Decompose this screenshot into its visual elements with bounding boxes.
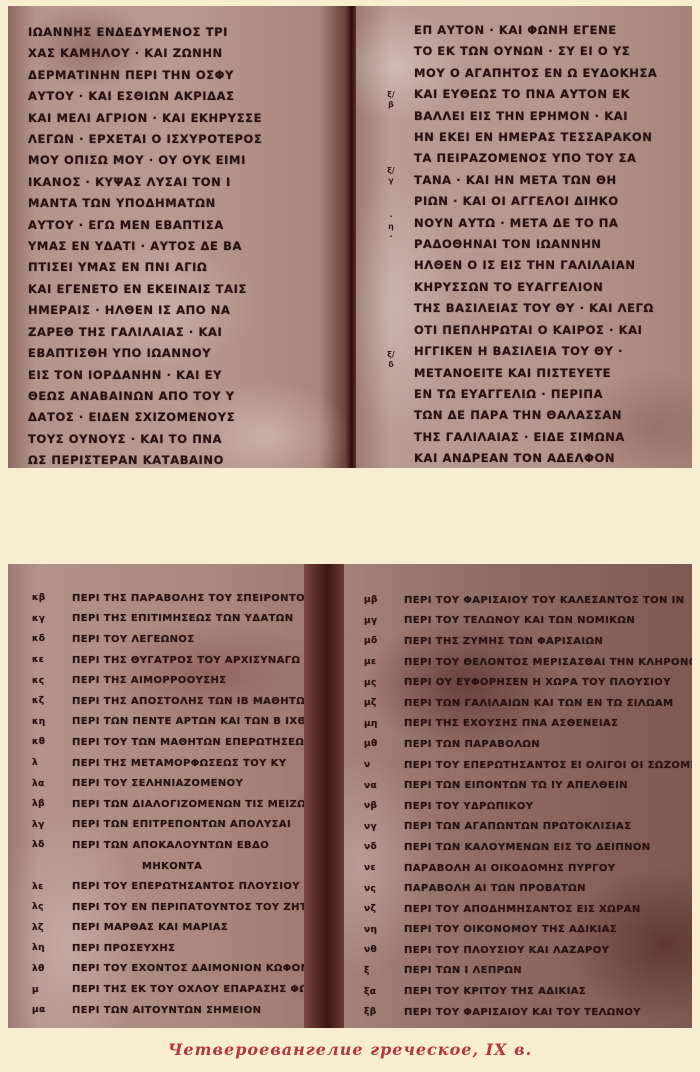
chapter-title: ΠΕΡΙ ΤΟΥ ΕΧΟΝΤΟΣ ΔΑΙΜΟΝΙΟΝ ΚΩΦΟΝ bbox=[72, 963, 304, 974]
margin-note: · η · bbox=[386, 212, 396, 242]
chapter-title: ΠΕΡΙ ΤΩΝ ΑΙΤΟΥΝΤΩΝ ΣΗΜΕΙΟΝ bbox=[72, 1005, 261, 1016]
manuscript-text-block: ΕΠ ΑΥΤΟΝ · ΚΑΙ ΦΩΝΗ ΕΓΕΝΕ ΤΟ ΕΚ ΤΩΝ ΟΥΝΩ… bbox=[414, 20, 657, 468]
chapter-entry: λζΠΕΡΙ ΜΑΡΘΑΣ ΚΑΙ ΜΑΡΙΑΣ bbox=[32, 918, 304, 939]
chapter-number: ξβ bbox=[364, 1007, 404, 1017]
chapter-title: ΠΕΡΙ ΤΟΥ ΕΠΕΡΩΤΗΣΑΝΤΟΣ ΠΛΟΥΣΙΟΥ bbox=[72, 881, 300, 892]
text-line: ΙΚΑΝΟΣ · ΚΥΨΑΣ ΛΥΣΑΙ ΤΟΝ Ι bbox=[28, 172, 262, 193]
chapter-title: ΠΕΡΙ ΜΑΡΘΑΣ ΚΑΙ ΜΑΡΙΑΣ bbox=[72, 922, 228, 933]
manuscript-page-right: μβΠΕΡΙ ΤΟΥ ΦΑΡΙΣΑΙΟΥ ΤΟΥ ΚΑΛΕΣΑΝΤΟΣ ΤΟΝ … bbox=[344, 564, 692, 1028]
chapter-entry: λςΠΕΡΙ ΤΟΥ ΕΝ ΠΕΡΙΠΑΤΟΥΝΤΟΣ ΤΟΥ ΖΗΤΕΙΝ bbox=[32, 897, 304, 918]
chapter-entry: ξαΠΕΡΙ ΤΟΥ ΚΡΙΤΟΥ ΤΗΣ ΑΔΙΚΙΑΣ bbox=[364, 981, 692, 1002]
manuscript-photo-bottom: κβΠΕΡΙ ΤΗΣ ΠΑΡΑΒΟΛΗΣ ΤΟΥ ΣΠΕΙΡΟΝΤΟΣ κγΠΕ… bbox=[8, 564, 692, 1028]
chapter-entry: νδΠΕΡΙ ΤΩΝ ΚΑΛΟΥΜΕΝΩΝ ΕΙΣ ΤΟ ΔΕΙΠΝΟΝ bbox=[364, 837, 692, 858]
chapter-entry: νζΠΕΡΙ ΤΟΥ ΑΠΟΔΗΜΗΣΑΝΤΟΣ ΕΙΣ ΧΩΡΑΝ bbox=[364, 899, 692, 920]
text-line: ΜΟΥ ΟΠΙΣΩ ΜΟΥ · ΟΥ ΟΥΚ ΕΙΜΙ bbox=[28, 150, 262, 171]
chapter-title: ΠΕΡΙ ΤΟΥ ΦΑΡΙΣΑΙΟΥ ΤΟΥ ΚΑΛΕΣΑΝΤΟΣ ΤΟΝ ΙΝ bbox=[404, 595, 685, 606]
chapter-number: νγ bbox=[364, 822, 404, 832]
text-line: ΘΕΩΣ ΑΝΑΒΑΙΝΩΝ ΑΠΟ ΤΟΥ Υ bbox=[28, 386, 262, 407]
chapter-title: ΠΕΡΙ ΤΗΣ ΕΚ ΤΟΥ ΟΧΛΟΥ ΕΠΑΡΑΣΗΣ ΦΩΝΗΝ bbox=[72, 984, 304, 995]
text-line: ΕΠ ΑΥΤΟΝ · ΚΑΙ ΦΩΝΗ ΕΓΕΝΕ bbox=[414, 20, 657, 41]
text-line: ΛΕΓΩΝ · ΕΡΧΕΤΑΙ Ο ΙΣΧΥΡΟΤΕΡΟΣ bbox=[28, 129, 262, 150]
text-line: ΕΙΣ ΤΟΝ ΙΟΡΔΑΝΗΝ · ΚΑΙ ΕΥ bbox=[28, 365, 262, 386]
text-line: ΚΗΡΥΣΣΩΝ ΤΟ ΕΥΑΓΓΕΛΙΟΝ bbox=[414, 277, 657, 298]
figure-caption: Четвероевангелие греческое, IX в. bbox=[0, 1040, 700, 1059]
chapter-number: ξ bbox=[364, 966, 404, 976]
chapter-title: ΠΕΡΙ ΤΟΥ ΤΕΛΩΝΟΥ ΚΑΙ ΤΩΝ ΝΟΜΙΚΩΝ bbox=[404, 615, 635, 626]
text-line: ΤΟ ΕΚ ΤΩΝ ΟΥΝΩΝ · ΣΥ ΕΙ Ο ΥΣ bbox=[414, 41, 657, 62]
chapter-entry: νθΠΕΡΙ ΤΟΥ ΠΛΟΥΣΙΟΥ ΚΑΙ ΛΑΖΑΡΟΥ bbox=[364, 940, 692, 961]
text-line: ΗΝ ΕΚΕΙ ΕΝ ΗΜΕΡΑΣ ΤΕΣΣΑΡΑΚΟΝ bbox=[414, 127, 657, 148]
chapter-title: ΠΕΡΙ ΤΟΥ ΕΝ ΠΕΡΙΠΑΤΟΥΝΤΟΣ ΤΟΥ ΖΗΤΕΙΝ bbox=[72, 902, 304, 913]
book-gutter bbox=[346, 6, 356, 468]
text-line: ΒΑΛΛΕΙ ΕΙΣ ΤΗΝ ΕΡΗΜΟΝ · ΚΑΙ bbox=[414, 106, 657, 127]
chapter-title: ΠΕΡΙ ΤΩΝ ΠΑΡΑΒΟΛΩΝ bbox=[404, 739, 540, 750]
chapter-entry: μςΠΕΡΙ ΟΥ ΕΥΦΟΡΗΣΕΝ Η ΧΩΡΑ ΤΟΥ ΠΛΟΥΣΙΟΥ bbox=[364, 672, 692, 693]
chapter-number: λ bbox=[32, 758, 72, 768]
chapter-number: κδ bbox=[32, 634, 72, 644]
text-line: ΤΑ ΠΕΙΡΑΖΟΜΕΝΟΣ ΥΠΟ ΤΟΥ ΣΑ bbox=[414, 148, 657, 169]
text-line: ΤΗΣ ΓΑΛΙΛΑΙΑΣ · ΕΙΔΕ ΣΙΜΩΝΑ bbox=[414, 427, 657, 448]
chapter-title: ΠΕΡΙ ΤΟΥ ΛΕΓΕΩΝΟΣ bbox=[72, 634, 195, 645]
text-line: ΚΑΙ ΕΥΘΕΩΣ ΤΟ ΠΝΑ ΑΥΤΟΝ ΕΚ bbox=[414, 84, 657, 105]
chapter-number: λε bbox=[32, 882, 72, 892]
chapter-title: ΠΕΡΙ ΤΗΣ ΕΧΟΥΣΗΣ ΠΝΑ ΑΣΘΕΝΕΙΑΣ bbox=[404, 718, 618, 729]
text-line: ΜΕΤΑΝΟΕΙΤΕ ΚΑΙ ΠΙΣΤΕΥΕΤΕ bbox=[414, 363, 657, 384]
chapter-number: μθ bbox=[364, 739, 404, 749]
text-line: ΡΑΔΟΘΗΝΑΙ ΤΟΝ ΙΩΑΝΝΗΝ bbox=[414, 234, 657, 255]
chapter-title: ΠΕΡΙ ΤΩΝ ΚΑΛΟΥΜΕΝΩΝ ΕΙΣ ΤΟ ΔΕΙΠΝΟΝ bbox=[404, 842, 651, 853]
chapter-entry: κεΠΕΡΙ ΤΗΣ ΘΥΓΑΤΡΟΣ ΤΟΥ ΑΡΧΙΣΥΝΑΓΩ bbox=[32, 650, 304, 671]
text-line: ΜΑΝΤΑ ΤΩΝ ΥΠΟΔΗΜΑΤΩΝ bbox=[28, 193, 262, 214]
chapter-number: μ bbox=[32, 985, 72, 995]
text-line: ΙΩΑΝΝΗΣ ΕΝΔΕΔΥΜΕΝΟΣ ΤΡΙ bbox=[28, 22, 262, 43]
chapter-number: νς bbox=[364, 884, 404, 894]
chapter-title: ΠΕΡΙ ΤΗΣ ΑΙΜΟΡΡΟΟΥΣΗΣ bbox=[72, 675, 226, 686]
chapter-number: λς bbox=[32, 902, 72, 912]
chapter-title: ΠΕΡΙ ΤΗΣ ΘΥΓΑΤΡΟΣ ΤΟΥ ΑΡΧΙΣΥΝΑΓΩ bbox=[72, 655, 300, 666]
chapter-title: ΠΕΡΙ ΟΥ ΕΥΦΟΡΗΣΕΝ Η ΧΩΡΑ ΤΟΥ ΠΛΟΥΣΙΟΥ bbox=[404, 677, 671, 688]
text-line: ΝΟΥΝ ΑΥΤΩ · ΜΕΤΑ ΔΕ ΤΟ ΠΑ bbox=[414, 213, 657, 234]
chapter-entry: μηΠΕΡΙ ΤΗΣ ΕΧΟΥΣΗΣ ΠΝΑ ΑΣΘΕΝΕΙΑΣ bbox=[364, 714, 692, 735]
chapter-number: ξα bbox=[364, 987, 404, 997]
chapter-title: ΠΕΡΙ ΠΡΟΣΕΥΧΗΣ bbox=[72, 943, 175, 954]
chapter-title: ΠΕΡΙ ΤΗΣ ΠΑΡΑΒΟΛΗΣ ΤΟΥ ΣΠΕΙΡΟΝΤΟΣ bbox=[72, 593, 304, 604]
book-gutter bbox=[304, 564, 344, 1028]
text-line: ΔΕΡΜΑΤΙΝΗΝ ΠΕΡΙ ΤΗΝ ΟΣΦΥ bbox=[28, 65, 262, 86]
chapter-title: ΠΕΡΙ ΤΗΣ ΖΥΜΗΣ ΤΩΝ ΦΑΡΙΣΑΙΩΝ bbox=[404, 636, 603, 647]
chapter-number: κγ bbox=[32, 614, 72, 624]
chapter-entry: νςΠΑΡΑΒΟΛΗ ΑΙ ΤΩΝ ΠΡΟΒΑΤΩΝ bbox=[364, 878, 692, 899]
chapter-entry: κζΠΕΡΙ ΤΗΣ ΑΠΟΣΤΟΛΗΣ ΤΩΝ ΙΒ ΜΑΘΗΤΩΝ bbox=[32, 691, 304, 712]
text-line: ΕΝ ΤΩ ΕΥΑΓΓΕΛΙΩ · ΠΕΡΙΠΑ bbox=[414, 384, 657, 405]
text-line: ΤΗΣ ΒΑΣΙΛΕΙΑΣ ΤΟΥ ΘΥ · ΚΑΙ ΛΕΓΩ bbox=[414, 298, 657, 319]
chapter-title: ΠΕΡΙ ΤΩΝ ΕΙΠΟΝΤΩΝ ΤΩ ΙΥ ΑΠΕΛΘΕΙΝ bbox=[404, 780, 628, 791]
chapter-number: μζ bbox=[364, 698, 404, 708]
chapter-entry: κβΠΕΡΙ ΤΗΣ ΠΑΡΑΒΟΛΗΣ ΤΟΥ ΣΠΕΙΡΟΝΤΟΣ bbox=[32, 588, 304, 609]
chapter-title: ΠΕΡΙ ΤΟΥ ΦΑΡΙΣΑΙΟΥ ΚΑΙ ΤΟΥ ΤΕΛΩΝΟΥ bbox=[404, 1007, 641, 1018]
chapter-entry: μΠΕΡΙ ΤΗΣ ΕΚ ΤΟΥ ΟΧΛΟΥ ΕΠΑΡΑΣΗΣ ΦΩΝΗΝ bbox=[32, 979, 304, 1000]
chapter-title: ΠΕΡΙ ΤΟΥ ΟΙΚΟΝΟΜΟΥ ΤΗΣ ΑΔΙΚΙΑΣ bbox=[404, 924, 617, 935]
chapter-entry: λΠΕΡΙ ΤΗΣ ΜΕΤΑΜΟΡΦΩΣΕΩΣ ΤΟΥ ΚΥ bbox=[32, 753, 304, 774]
chapter-title: ΠΕΡΙ ΤΟΥ ΚΡΙΤΟΥ ΤΗΣ ΑΔΙΚΙΑΣ bbox=[404, 986, 586, 997]
chapter-number: νη bbox=[364, 925, 404, 935]
chapter-number: λδ bbox=[32, 840, 72, 850]
chapter-entry: ξΠΕΡΙ ΤΩΝ Ι ΛΕΠΡΩΝ bbox=[364, 961, 692, 982]
text-line: ΤΟΥΣ ΟΥΝΟΥΣ · ΚΑΙ ΤΟ ΠΝΑ bbox=[28, 429, 262, 450]
chapter-entry: λεΠΕΡΙ ΤΟΥ ΕΠΕΡΩΤΗΣΑΝΤΟΣ ΠΛΟΥΣΙΟΥ bbox=[32, 876, 304, 897]
text-line: ΡΙΩΝ · ΚΑΙ ΟΙ ΑΓΓΕΛΟΙ ΔΙΗΚΟ bbox=[414, 191, 657, 212]
chapter-title: ΠΕΡΙ ΤΟΥ ΤΩΝ ΜΑΘΗΤΩΝ ΕΠΕΡΩΤΗΣΕΩΣ bbox=[72, 737, 304, 748]
chapter-number: μδ bbox=[364, 636, 404, 646]
chapter-entry-continuation: ΜΗΚΟΝΤΑ bbox=[32, 856, 304, 877]
chapter-entry: μγΠΕΡΙ ΤΟΥ ΤΕΛΩΝΟΥ ΚΑΙ ΤΩΝ ΝΟΜΙΚΩΝ bbox=[364, 611, 692, 632]
chapter-title: ΠΕΡΙ ΤΩΝ ΑΓΑΠΩΝΤΩΝ ΠΡΩΤΟΚΛΙΣΙΑΣ bbox=[404, 821, 631, 832]
chapter-entry: ληΠΕΡΙ ΠΡΟΣΕΥΧΗΣ bbox=[32, 938, 304, 959]
chapter-number: νδ bbox=[364, 842, 404, 852]
chapter-title: ΠΕΡΙ ΤΩΝ ΠΕΝΤΕ ΑΡΤΩΝ ΚΑΙ ΤΩΝ Β ΙΧΘΥΩΝ bbox=[72, 716, 304, 727]
chapter-number: μγ bbox=[364, 616, 404, 626]
text-line: ΑΥΤΟΥ · ΕΓΩ ΜΕΝ ΕΒΑΠΤΙΣΑ bbox=[28, 215, 262, 236]
chapter-number: νε bbox=[364, 863, 404, 873]
chapter-number: κη bbox=[32, 717, 72, 727]
text-line: ΠΤΙΣΕΙ ΥΜΑΣ ΕΝ ΠΝΙ ΑΓΙΩ bbox=[28, 257, 262, 278]
chapter-entry: νεΠΑΡΑΒΟΛΗ ΑΙ ΟΙΚΟΔΟΜΗΣ ΠΥΡΓΟΥ bbox=[364, 858, 692, 879]
chapter-number: λθ bbox=[32, 964, 72, 974]
chapter-title: ΠΕΡΙ ΤΗΣ ΑΠΟΣΤΟΛΗΣ ΤΩΝ ΙΒ ΜΑΘΗΤΩΝ bbox=[72, 696, 304, 707]
chapter-title: ΠΕΡΙ ΤΟΥ ΘΕΛΟΝΤΟΣ ΜΕΡΙΣΑΣΘΑΙ ΤΗΝ ΚΛΗΡΟΝΟ… bbox=[404, 657, 692, 668]
margin-note: ξ/γ bbox=[386, 166, 396, 186]
text-line: ΥΜΑΣ ΕΝ ΥΔΑΤΙ · ΑΥΤΟΣ ΔΕ ΒΑ bbox=[28, 236, 262, 257]
chapter-number: λα bbox=[32, 779, 72, 789]
text-line: ΔΑΤΟΣ · ΕΙΔΕΝ ΣΧΙΖΟΜΕΝΟΥΣ bbox=[28, 407, 262, 428]
chapter-entry: νβΠΕΡΙ ΤΟΥ ΥΔΡΩΠΙΚΟΥ bbox=[364, 796, 692, 817]
chapter-number: μς bbox=[364, 678, 404, 688]
text-line: ΖΑΡΕΘ ΤΗΣ ΓΑΛΙΛΑΙΑΣ · ΚΑΙ bbox=[28, 322, 262, 343]
chapter-list: κβΠΕΡΙ ΤΗΣ ΠΑΡΑΒΟΛΗΣ ΤΟΥ ΣΠΕΙΡΟΝΤΟΣ κγΠΕ… bbox=[32, 588, 304, 1020]
chapter-title: ΠΕΡΙ ΤΩΝ ΑΠΟΚΑΛΟΥΝΤΩΝ ΕΒΔΟ bbox=[72, 840, 269, 851]
chapter-list: μβΠΕΡΙ ΤΟΥ ΦΑΡΙΣΑΙΟΥ ΤΟΥ ΚΑΛΕΣΑΝΤΟΣ ΤΟΝ … bbox=[364, 590, 692, 1022]
chapter-number: κζ bbox=[32, 696, 72, 706]
chapter-title: ΠΕΡΙ ΤΩΝ ΔΙΑΛΟΓΙΖΟΜΕΝΩΝ ΤΙΣ ΜΕΙΖΩΝ bbox=[72, 799, 304, 810]
manuscript-page-left: ΙΩΑΝΝΗΣ ΕΝΔΕΔΥΜΕΝΟΣ ΤΡΙ ΧΑΣ ΚΑΜΗΛΟΥ · ΚΑ… bbox=[8, 6, 346, 468]
manuscript-text-block: ΙΩΑΝΝΗΣ ΕΝΔΕΔΥΜΕΝΟΣ ΤΡΙ ΧΑΣ ΚΑΜΗΛΟΥ · ΚΑ… bbox=[28, 22, 262, 468]
text-line: ΤΩΝ ΔΕ ΠΑΡΑ ΤΗΝ ΘΑΛΑΣΣΑΝ bbox=[414, 405, 657, 426]
chapter-number: λζ bbox=[32, 923, 72, 933]
chapter-number: κθ bbox=[32, 737, 72, 747]
chapter-title: ΜΗΚΟΝΤΑ bbox=[142, 861, 202, 872]
chapter-number: μβ bbox=[364, 595, 404, 605]
text-line: ΚΑΙ ΕΓΕΝΕΤΟ ΕΝ ΕΚΕΙΝΑΙΣ ΤΑΙΣ bbox=[28, 279, 262, 300]
chapter-entry: νηΠΕΡΙ ΤΟΥ ΟΙΚΟΝΟΜΟΥ ΤΗΣ ΑΔΙΚΙΑΣ bbox=[364, 920, 692, 941]
chapter-title: ΠΕΡΙ ΤΟΥ ΣΕΛΗΝΙΑΖΟΜΕΝΟΥ bbox=[72, 778, 243, 789]
chapter-entry: κδΠΕΡΙ ΤΟΥ ΛΕΓΕΩΝΟΣ bbox=[32, 629, 304, 650]
chapter-number: λγ bbox=[32, 820, 72, 830]
chapter-entry: κθΠΕΡΙ ΤΟΥ ΤΩΝ ΜΑΘΗΤΩΝ ΕΠΕΡΩΤΗΣΕΩΣ bbox=[32, 732, 304, 753]
chapter-title: ΠΕΡΙ ΤΗΣ ΜΕΤΑΜΟΡΦΩΣΕΩΣ ΤΟΥ ΚΥ bbox=[72, 758, 286, 769]
chapter-title: ΠΑΡΑΒΟΛΗ ΑΙ ΟΙΚΟΔΟΜΗΣ ΠΥΡΓΟΥ bbox=[404, 863, 615, 874]
text-line: ΗΛΘΕΝ Ο ΙΣ ΕΙΣ ΤΗΝ ΓΑΛΙΛΑΙΑΝ bbox=[414, 255, 657, 276]
chapter-entry: λγΠΕΡΙ ΤΩΝ ΕΠΙΤΡΕΠΟΝΤΩΝ ΑΠΟΛΥΣΑΙ bbox=[32, 815, 304, 836]
chapter-entry: μζΠΕΡΙ ΤΩΝ ΓΑΛΙΛΑΙΩΝ ΚΑΙ ΤΩΝ ΕΝ ΤΩ ΣΙΛΩΑ… bbox=[364, 693, 692, 714]
chapter-entry: κηΠΕΡΙ ΤΩΝ ΠΕΝΤΕ ΑΡΤΩΝ ΚΑΙ ΤΩΝ Β ΙΧΘΥΩΝ bbox=[32, 712, 304, 733]
text-line: ΧΑΣ ΚΑΜΗΛΟΥ · ΚΑΙ ΖΩΝΗΝ bbox=[28, 43, 262, 64]
chapter-number: κβ bbox=[32, 593, 72, 603]
chapter-entry: μαΠΕΡΙ ΤΩΝ ΑΙΤΟΥΝΤΩΝ ΣΗΜΕΙΟΝ bbox=[32, 1000, 304, 1021]
chapter-title: ΠΕΡΙ ΤΩΝ ΕΠΙΤΡΕΠΟΝΤΩΝ ΑΠΟΛΥΣΑΙ bbox=[72, 819, 291, 830]
chapter-title: ΠΑΡΑΒΟΛΗ ΑΙ ΤΩΝ ΠΡΟΒΑΤΩΝ bbox=[404, 883, 586, 894]
chapter-entry: μβΠΕΡΙ ΤΟΥ ΦΑΡΙΣΑΙΟΥ ΤΟΥ ΚΑΛΕΣΑΝΤΟΣ ΤΟΝ … bbox=[364, 590, 692, 611]
chapter-entry: νγΠΕΡΙ ΤΩΝ ΑΓΑΠΩΝΤΩΝ ΠΡΩΤΟΚΛΙΣΙΑΣ bbox=[364, 817, 692, 838]
chapter-title: ΠΕΡΙ ΤΗΣ ΕΠΙΤΙΜΗΣΕΩΣ ΤΩΝ ΥΔΑΤΩΝ bbox=[72, 613, 293, 624]
chapter-number: λβ bbox=[32, 799, 72, 809]
text-line: ΚΑΙ ΜΕΛΙ ΑΓΡΙΟΝ · ΚΑΙ ΕΚΗΡΥΣΣΕ bbox=[28, 108, 262, 129]
chapter-entry: κςΠΕΡΙ ΤΗΣ ΑΙΜΟΡΡΟΟΥΣΗΣ bbox=[32, 670, 304, 691]
chapter-entry: νΠΕΡΙ ΤΟΥ ΕΠΕΡΩΤΗΣΑΝΤΟΣ ΕΙ ΟΛΙΓΟΙ ΟΙ ΣΩΖ… bbox=[364, 755, 692, 776]
chapter-number: νζ bbox=[364, 904, 404, 914]
text-line: ΕΒΑΠΤΙΣΘΗ ΥΠΟ ΙΩΑΝΝΟΥ bbox=[28, 343, 262, 364]
chapter-number: κς bbox=[32, 676, 72, 686]
text-line: ΤΑΝΑ · ΚΑΙ ΗΝ ΜΕΤΑ ΤΩΝ ΘΗ bbox=[414, 170, 657, 191]
chapter-entry: ναΠΕΡΙ ΤΩΝ ΕΙΠΟΝΤΩΝ ΤΩ ΙΥ ΑΠΕΛΘΕΙΝ bbox=[364, 775, 692, 796]
chapter-number: να bbox=[364, 781, 404, 791]
chapter-title: ΠΕΡΙ ΤΟΥ ΑΠΟΔΗΜΗΣΑΝΤΟΣ ΕΙΣ ΧΩΡΑΝ bbox=[404, 904, 641, 915]
manuscript-page-right: ξ/β ξ/γ · η · ξ/δ ΕΠ ΑΥΤΟΝ · ΚΑΙ ΦΩΝΗ ΕΓ… bbox=[356, 6, 692, 468]
chapter-entry: μθΠΕΡΙ ΤΩΝ ΠΑΡΑΒΟΛΩΝ bbox=[364, 734, 692, 755]
chapter-entry: μεΠΕΡΙ ΤΟΥ ΘΕΛΟΝΤΟΣ ΜΕΡΙΣΑΣΘΑΙ ΤΗΝ ΚΛΗΡΟ… bbox=[364, 652, 692, 673]
chapter-number: ν bbox=[364, 760, 404, 770]
manuscript-page-left: κβΠΕΡΙ ΤΗΣ ΠΑΡΑΒΟΛΗΣ ΤΟΥ ΣΠΕΙΡΟΝΤΟΣ κγΠΕ… bbox=[8, 564, 304, 1028]
text-line: ΚΑΙ ΑΝΔΡΕΑΝ ΤΟΝ ΑΔΕΛΦΟΝ bbox=[414, 448, 657, 468]
chapter-title: ΠΕΡΙ ΤΩΝ Ι ΛΕΠΡΩΝ bbox=[404, 965, 522, 976]
manuscript-photo-top: ΙΩΑΝΝΗΣ ΕΝΔΕΔΥΜΕΝΟΣ ΤΡΙ ΧΑΣ ΚΑΜΗΛΟΥ · ΚΑ… bbox=[8, 6, 692, 468]
chapter-entry: μδΠΕΡΙ ΤΗΣ ΖΥΜΗΣ ΤΩΝ ΦΑΡΙΣΑΙΩΝ bbox=[364, 631, 692, 652]
chapter-number: μα bbox=[32, 1005, 72, 1015]
chapter-number: νβ bbox=[364, 801, 404, 811]
chapter-number: με bbox=[364, 657, 404, 667]
chapter-title: ΠΕΡΙ ΤΩΝ ΓΑΛΙΛΑΙΩΝ ΚΑΙ ΤΩΝ ΕΝ ΤΩ ΣΙΛΩΑΜ bbox=[404, 698, 673, 709]
chapter-number: λη bbox=[32, 943, 72, 953]
margin-note: ξ/β bbox=[386, 90, 396, 110]
chapter-entry: κγΠΕΡΙ ΤΗΣ ΕΠΙΤΙΜΗΣΕΩΣ ΤΩΝ ΥΔΑΤΩΝ bbox=[32, 609, 304, 630]
text-line: ΗΜΕΡΑΙΣ · ΗΛΘΕΝ ΙΣ ΑΠΟ ΝΑ bbox=[28, 300, 262, 321]
chapter-entry: ξβΠΕΡΙ ΤΟΥ ΦΑΡΙΣΑΙΟΥ ΚΑΙ ΤΟΥ ΤΕΛΩΝΟΥ bbox=[364, 1002, 692, 1023]
chapter-number: μη bbox=[364, 719, 404, 729]
chapter-title: ΠΕΡΙ ΤΟΥ ΥΔΡΩΠΙΚΟΥ bbox=[404, 801, 533, 812]
chapter-number: κε bbox=[32, 655, 72, 665]
text-line: ΗΓΓΙΚΕΝ Η ΒΑΣΙΛΕΙΑ ΤΟΥ ΘΥ · bbox=[414, 341, 657, 362]
text-line: ΑΥΤΟΥ · ΚΑΙ ΕΣΘΙΩΝ ΑΚΡΙΔΑΣ bbox=[28, 86, 262, 107]
chapter-entry: λθΠΕΡΙ ΤΟΥ ΕΧΟΝΤΟΣ ΔΑΙΜΟΝΙΟΝ ΚΩΦΟΝ bbox=[32, 959, 304, 980]
text-line: ΜΟΥ Ο ΑΓΑΠΗΤΟΣ ΕΝ Ω ΕΥΔΟΚΗΣΑ bbox=[414, 63, 657, 84]
text-line: ΟΤΙ ΠΕΠΛΗΡΩΤΑΙ Ο ΚΑΙΡΟΣ · ΚΑΙ bbox=[414, 320, 657, 341]
chapter-entry: λδΠΕΡΙ ΤΩΝ ΑΠΟΚΑΛΟΥΝΤΩΝ ΕΒΔΟ bbox=[32, 835, 304, 856]
chapter-number: νθ bbox=[364, 945, 404, 955]
text-line: ΩΣ ΠΕΡΙΣΤΕΡΑΝ ΚΑΤΑΒΑΙΝΟ bbox=[28, 450, 262, 468]
margin-note: ξ/δ bbox=[386, 350, 396, 370]
chapter-title: ΠΕΡΙ ΤΟΥ ΠΛΟΥΣΙΟΥ ΚΑΙ ΛΑΖΑΡΟΥ bbox=[404, 945, 609, 956]
chapter-entry: λαΠΕΡΙ ΤΟΥ ΣΕΛΗΝΙΑΖΟΜΕΝΟΥ bbox=[32, 773, 304, 794]
chapter-title: ΠΕΡΙ ΤΟΥ ΕΠΕΡΩΤΗΣΑΝΤΟΣ ΕΙ ΟΛΙΓΟΙ ΟΙ ΣΩΖΟ… bbox=[404, 760, 692, 771]
chapter-entry: λβΠΕΡΙ ΤΩΝ ΔΙΑΛΟΓΙΖΟΜΕΝΩΝ ΤΙΣ ΜΕΙΖΩΝ bbox=[32, 794, 304, 815]
